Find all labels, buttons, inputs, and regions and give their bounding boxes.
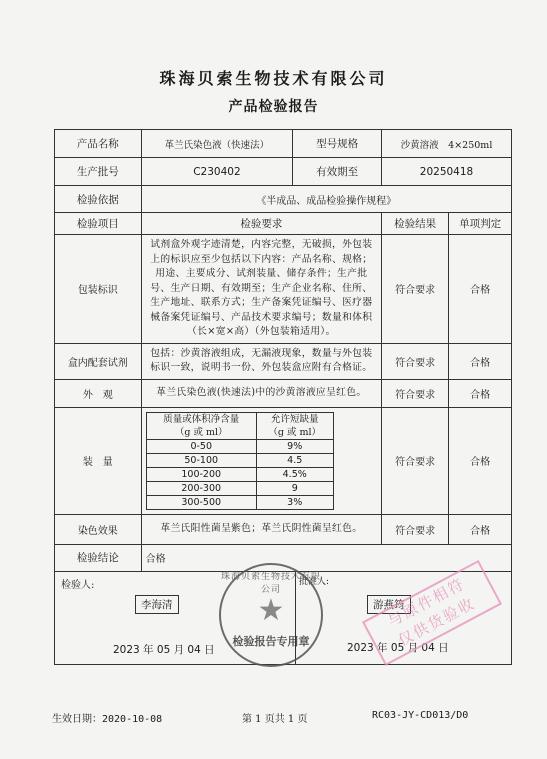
effective-date: 生效日期：2020-10-08 — [52, 710, 162, 725]
page-number: 第 1 页共 1 页 — [242, 710, 307, 725]
document-code: RC03-JY-CD013/D0 — [372, 710, 468, 721]
row-requirement: 革兰氏染色液(快速法)中的沙黄溶液应呈红色。 — [141, 379, 381, 407]
basis-row: 检验依据 《半成品、成品检验操作规程》 — [55, 186, 512, 213]
batch-value: C230402 — [141, 158, 293, 186]
company-name: 珠海贝索生物技术有限公司 — [0, 66, 547, 89]
row-result: 符合要求 — [382, 379, 449, 407]
row-verdict: 合格 — [449, 343, 512, 379]
product-name-row: 产品名称 革兰氏染色液（快速法） 型号规格 沙黄溶液 4×250ml — [55, 130, 512, 158]
inspector-label: 检验人: — [61, 576, 94, 591]
table-row: 盒内配套试剂 包括：沙黄溶液组成，无漏液现象，数量与外包装标识一致，说明书一份、… — [55, 343, 512, 379]
col-requirement: 检验要求 — [141, 213, 381, 235]
seal-ring-text: 珠海贝索生物技术有限公司 — [221, 569, 321, 595]
volume-table: 质量或体积净含量（g 或 ml） 允许短缺量（g 或 ml） 0-509% 50… — [146, 412, 334, 510]
row-verdict: 合格 — [449, 379, 512, 407]
conclusion-value: 合格 — [141, 544, 511, 571]
basis-value: 《半成品、成品检验操作规程》 — [141, 186, 511, 213]
batch-label: 生产批号 — [55, 158, 142, 186]
col-verdict: 单项判定 — [449, 213, 512, 235]
product-name-value: 革兰氏染色液（快速法） — [141, 130, 293, 158]
row-requirement: 革兰氏阳性菌呈紫色；革兰氏阴性菌呈红色。 — [141, 514, 381, 544]
volume-row: 200-3009 — [146, 481, 333, 495]
row-requirement: 试剂盒外观字迹清楚，内容完整，无破损，外包装上的标识应至少包括以下内容：产品名称… — [141, 235, 381, 344]
volume-header-1: 质量或体积净含量（g 或 ml） — [146, 412, 256, 439]
row-verdict: 合格 — [449, 407, 512, 514]
model-value: 沙黄溶液 4×250ml — [382, 130, 512, 158]
volume-row: 0-509% — [146, 439, 333, 453]
table-row: 装 量 质量或体积净含量（g 或 ml） 允许短缺量（g 或 ml） 0-509… — [55, 407, 512, 514]
volume-row: 50-1004.5 — [146, 453, 333, 467]
table-row: 外 观 革兰氏染色液(快速法)中的沙黄溶液应呈红色。 符合要求 合格 — [55, 379, 512, 407]
table-row: 染色效果 革兰氏阳性菌呈紫色；革兰氏阴性菌呈红色。 符合要求 合格 — [55, 514, 512, 544]
report-title: 产品检验报告 — [0, 96, 547, 116]
basis-label: 检验依据 — [55, 186, 142, 213]
row-result: 符合要求 — [382, 407, 449, 514]
batch-row: 生产批号 C230402 有效期至 20250418 — [55, 158, 512, 186]
product-name-label: 产品名称 — [55, 130, 142, 158]
volume-row: 100-2004.5% — [146, 467, 333, 481]
col-item: 检验项目 — [55, 213, 142, 235]
row-result: 符合要求 — [382, 514, 449, 544]
row-item: 包装标识 — [55, 235, 142, 344]
company-seal: 珠海贝索生物技术有限公司 ★ 检验报告专用章 — [219, 563, 323, 667]
row-item: 外 观 — [55, 379, 142, 407]
model-label: 型号规格 — [293, 130, 382, 158]
inspector-date: 2023 年 05 月 04 日 — [113, 642, 215, 657]
row-result: 符合要求 — [382, 235, 449, 344]
table-row: 包装标识 试剂盒外观字迹清楚，内容完整，无破损，外包装上的标识应至少包括以下内容… — [55, 235, 512, 344]
row-verdict: 合格 — [449, 235, 512, 344]
inspector-name: 李海清 — [135, 595, 179, 614]
row-result: 符合要求 — [382, 343, 449, 379]
star-icon: ★ — [221, 593, 321, 628]
row-requirement: 质量或体积净含量（g 或 ml） 允许短缺量（g 或 ml） 0-509% 50… — [141, 407, 381, 514]
row-verdict: 合格 — [449, 514, 512, 544]
volume-header-2: 允许短缺量（g 或 ml） — [256, 412, 333, 439]
col-result: 检验结果 — [382, 213, 449, 235]
row-item: 装 量 — [55, 407, 142, 514]
row-item: 盒内配套试剂 — [55, 343, 142, 379]
row-requirement: 包括：沙黄溶液组成，无漏液现象，数量与外包装标识一致，说明书一份、外包装盒应附有… — [141, 343, 381, 379]
conclusion-label: 检验结论 — [55, 544, 142, 571]
column-header-row: 检验项目 检验要求 检验结果 单项判定 — [55, 213, 512, 235]
expiry-label: 有效期至 — [293, 158, 382, 186]
row-item: 染色效果 — [55, 514, 142, 544]
expiry-value: 20250418 — [382, 158, 512, 186]
volume-row: 300-5003% — [146, 495, 333, 509]
seal-center-text: 检验报告专用章 — [221, 633, 321, 649]
